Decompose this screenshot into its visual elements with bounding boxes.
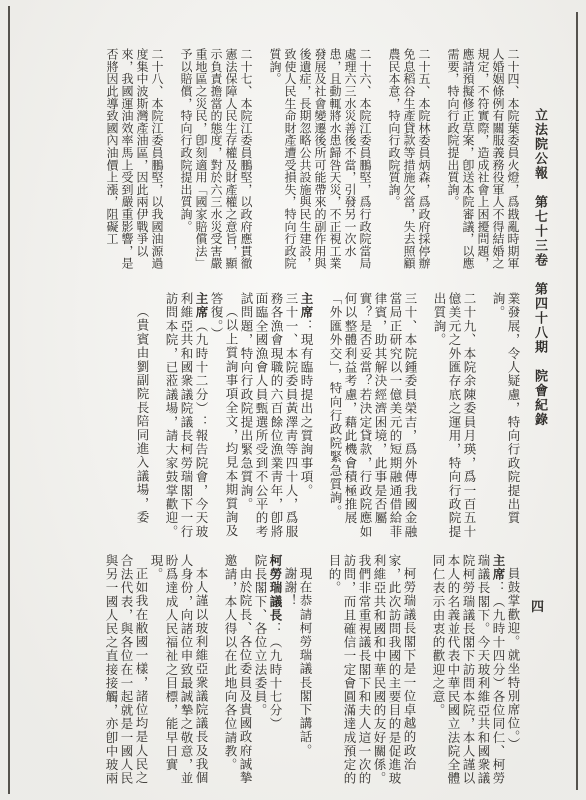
speaker-label-claure: 柯勞瑞議長 [268,554,282,622]
masthead-title: 立法院公報 第七十三卷 第四十八期 院會紀錄 [531,108,550,408]
editorial-note-full-text: （以上質詢事項全文，均見本期質詢及答復。） [208,292,238,540]
stage-direction-guests-enter: （貴賓由劉副院長陪同進入議場，委 [134,292,149,540]
page-number: 四 [531,596,544,615]
claure-speech-paragraph-1: 由於院長、各位委員及貴國政府誠摯邀請，本人得以在此地向各位請教。 [222,554,252,792]
interpellation-item-26: 二十六、本院江委員鵬堅，爲行政院當局處理六三水災善後不當，引發另一次水患，且動輒… [267,48,372,274]
chair-welcome-0914: 主席：（九時十四分）各位同仁、柯勞瑞議長閣下。今天玻利維亞共和國衆議院柯勞瑞議長… [430,554,505,792]
page-edge-rule-left [8,6,10,794]
claure-salutation: 院長閣下、各位立法委員。 [252,554,267,792]
interpellation-item-30: 三十、本院鍾委員榮吉，爲外傳我國金融當局正研究以一億美元的短期融通借給菲律賓，助… [327,292,417,540]
speaker-label-chair: 主席 [491,554,505,581]
chair-remark-0912: 主席（九時十二分）：報告院會，今天玻利維亞共和國衆議院議長柯勞瑞閣下一行訪問本院… [163,292,208,540]
chair-remark-pending-items: 主席：現有臨時提出之質詢事項。 [298,292,313,540]
chair-welcome-paragraph-2: 柯勞瑞議長閣下是一位卓越的政治家，此次訪問我國的主要目的是促進玻利維亞共和國和中… [326,554,416,792]
chair-thanks: 謝謝！ [282,554,297,792]
gazette-page: 立法院公報 第七十三卷 第四十八期 院會紀錄 四 二十四、本院葉委員火燈，爲戡亂… [0,0,586,800]
interpellation-item-28-continued: 業發展，令人疑慮，特向行政院提出質詢。 [490,292,520,540]
interpellation-item-24: 二十四、本院葉委員火燈，爲戡亂時期軍人婚姻條例有關服義務役軍人不得結婚之規定，不… [445,48,520,274]
text-tier-middle: 業發展，令人疑慮，特向行政院提出質詢。 二十九、本院余陳委員月瑛，爲一百五十億美… [62,292,520,540]
speaker-label-chair: 主席 [194,292,208,319]
page-edge-rule-right [576,12,578,790]
speaker-label-chair: 主席 [299,292,313,319]
claure-speech-paragraph-2: 本人謹以玻利維亞衆議院議長及我個人身份，向諸位申致最誠摯之敬意，並盼爲達成人民福… [148,554,208,792]
chair-invite-speech: 現在恭請柯勞瑞議長閣下講話。 [297,554,312,792]
text-tier-top: 二十四、本院葉委員火燈，爲戡亂時期軍人婚姻條例有關服義務役軍人不得結婚之規定，不… [62,48,520,274]
stage-direction-continued: 員鼓掌歡迎。就坐特別席位。） [505,554,520,792]
interpellation-item-28: 二十八、本院江委員鵬堅，以我國油源過度集中波斯灣產油區，因此兩伊戰爭以來，我國運… [104,48,164,274]
interpellation-item-29: 二十九、本院余陳委員月瑛，爲一百五十億美元之外匯存底之運用，特向行政院提出質詢。 [431,292,476,540]
speaker-claure-heading: 柯勞瑞議長：（九時十七分） [267,554,282,792]
interpellation-item-31: 三十一、本院委員黃澤靑等四十人，爲服務各漁會現職的六百餘位漁業靑年，卽將面臨全國… [238,292,298,540]
interpellation-item-27: 二十七、本院江委員鵬堅，以政府應貫徹憲法保障人民生存權及財產權之意旨，顯示負責擔… [178,48,253,274]
interpellation-item-25: 二十五、本院林委員炳森，爲政府採停辦免息稻谷生產貸款等措施欠當，失去照顧農民本意… [386,48,431,274]
claure-speech-paragraph-3: 正如我在敝國一樣，諸位均是人民之合法代表，與各位在一起就是一國人民與另一國人民之… [103,554,148,792]
text-tier-bottom: 員鼓掌歡迎。就坐特別席位。） 主席：（九時十四分）各位同仁、柯勞瑞議長閣下。今天… [62,554,520,792]
